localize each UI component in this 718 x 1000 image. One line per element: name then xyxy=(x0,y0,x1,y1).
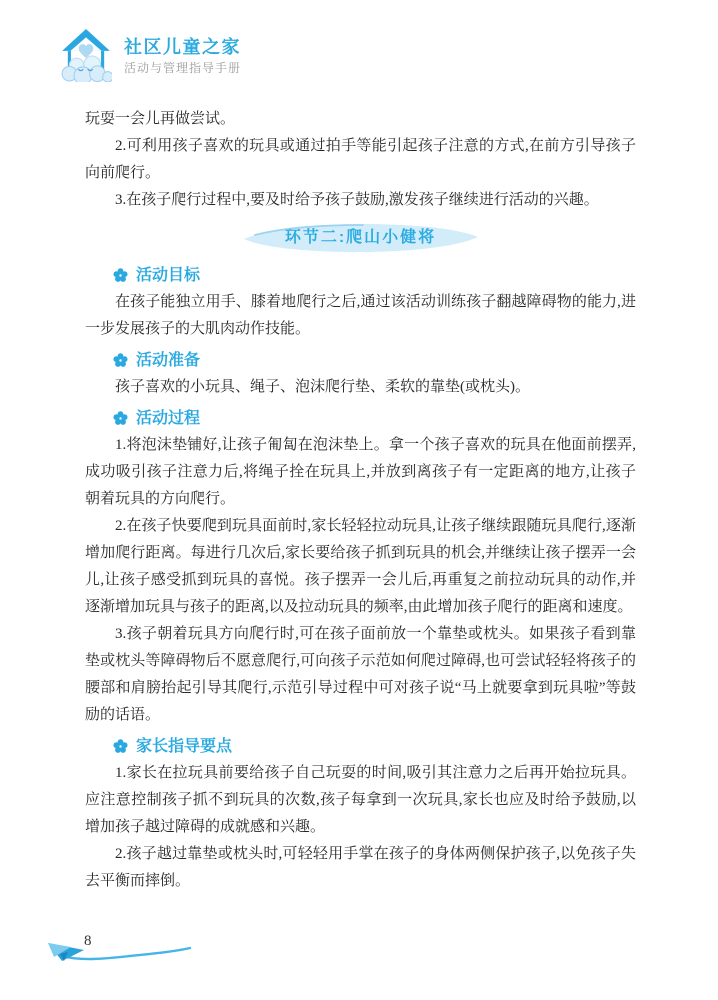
paper-plane-swoosh-icon xyxy=(38,930,208,975)
manual-subtitle: 活动与管理指导手册 xyxy=(124,61,241,75)
flower-icon xyxy=(113,268,128,283)
paragraph: 1.将泡沫垫铺好,让孩子匍匐在泡沫垫上。拿一个孩子喜欢的玩具在他面前摆弄,成功吸… xyxy=(85,432,636,513)
page-header: 社区儿童之家 活动与管理指导手册 xyxy=(60,28,241,82)
section-badge-row: 环节二:爬山小健将 xyxy=(85,222,636,256)
flower-icon xyxy=(113,739,128,754)
section-header-preparation: 活动准备 xyxy=(113,347,636,374)
section-header-process: 活动过程 xyxy=(113,405,636,432)
section-title: 活动过程 xyxy=(136,405,200,432)
logo-text: 社区儿童之家 活动与管理指导手册 xyxy=(124,28,241,75)
manual-title: 社区儿童之家 xyxy=(124,37,241,57)
house-heart-clouds-icon xyxy=(60,28,112,82)
paragraph: 3.孩子朝着玩具方向爬行时,可在孩子面前放一个靠垫或枕头。如果孩子看到靠垫或枕头… xyxy=(85,621,636,729)
section-title: 家长指导要点 xyxy=(136,733,232,760)
paragraph: 3.在孩子爬行过程中,要及时给予孩子鼓励,激发孩子继续进行活动的兴趣。 xyxy=(85,187,636,214)
section-header-goals: 活动目标 xyxy=(113,262,636,289)
book-page: 社区儿童之家 活动与管理指导手册 玩耍一会儿再做尝试。 2.可利用孩子喜欢的玩具… xyxy=(0,0,718,1000)
paragraph: 2.可利用孩子喜欢的玩具或通过拍手等能引起孩子注意的方式,在前方引导孩子向前爬行… xyxy=(85,133,636,187)
paragraph: 2.在孩子快要爬到玩具面前时,家长轻轻拉动玩具,让孩子继续跟随玩具爬行,逐渐增加… xyxy=(85,513,636,621)
document-body: 玩耍一会儿再做尝试。 2.可利用孩子喜欢的玩具或通过拍手等能引起孩子注意的方式,… xyxy=(85,106,636,895)
paragraph: 玩耍一会儿再做尝试。 xyxy=(85,106,636,133)
flower-icon xyxy=(113,353,128,368)
flower-icon xyxy=(113,411,128,426)
section-title: 活动准备 xyxy=(136,347,200,374)
paragraph: 在孩子能独立用手、膝着地爬行之后,通过该活动训练孩子翻越障碍物的能力,进一步发展… xyxy=(85,289,636,343)
section-badge-label: 环节二:爬山小健将 xyxy=(241,222,481,253)
paragraph: 2.孩子越过靠垫或枕头时,可轻轻用手掌在孩子的身体两侧保护孩子,以免孩子失去平衡… xyxy=(85,841,636,895)
page-number: 8 xyxy=(84,933,92,950)
section-header-parent-tips: 家长指导要点 xyxy=(113,733,636,760)
paragraph: 1.家长在拉玩具前要给孩子自己玩耍的时间,吸引其注意力之后再开始拉玩具。应注意控… xyxy=(85,760,636,841)
page-footer: 8 xyxy=(38,930,208,975)
section-title: 活动目标 xyxy=(136,262,200,289)
paragraph: 孩子喜欢的小玩具、绳子、泡沫爬行垫、柔软的靠垫(或枕头)。 xyxy=(85,374,636,401)
section-badge: 环节二:爬山小健将 xyxy=(241,222,481,254)
